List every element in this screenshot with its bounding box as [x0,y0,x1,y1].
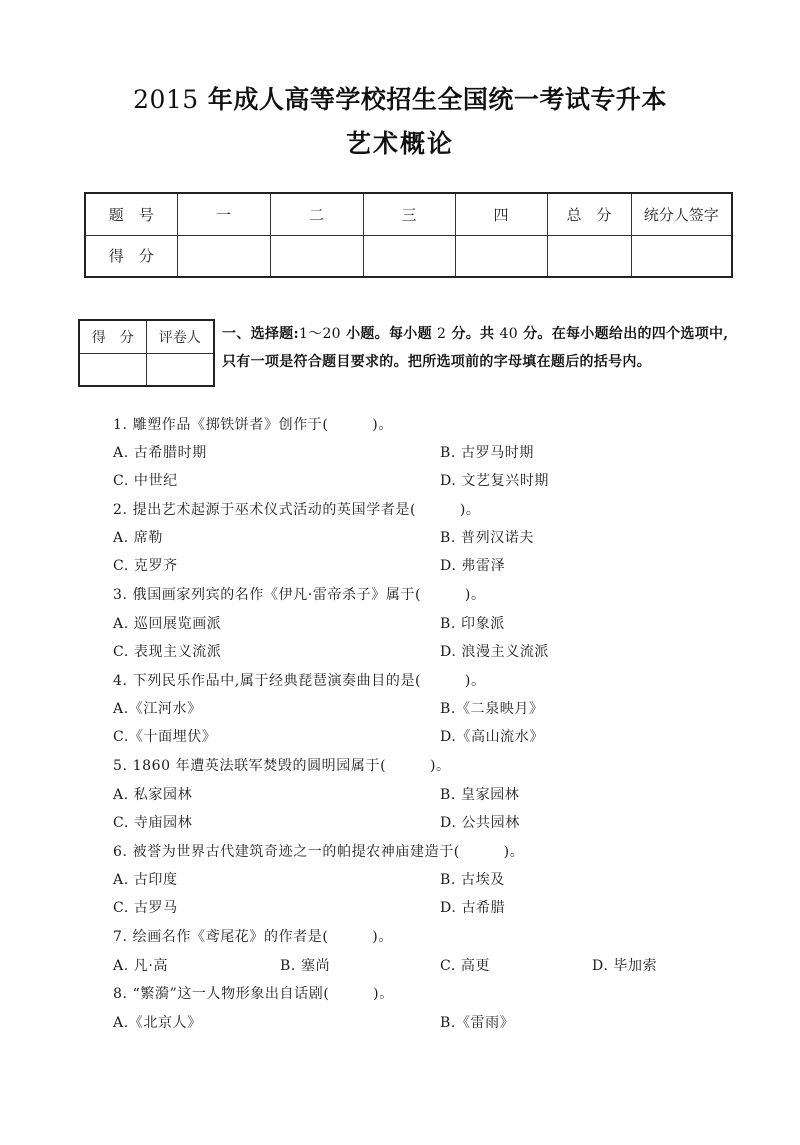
option-b: B. 古埃及 [440,869,505,889]
option-c: C. 中世纪 [113,470,178,490]
score-header-part3: 三 [363,193,455,235]
score-cell-part4[interactable] [455,235,547,277]
score-cell-part3[interactable] [363,235,455,277]
option-a: A. 席勒 [113,527,163,547]
question-stem: 6. 被誉为世界古代建筑奇迹之一的帕提农神庙建造于( )。 [113,841,524,861]
score-header-part4: 四 [455,193,547,235]
option-d: D. 毕加索 [592,955,657,975]
option-c: C. 寺庙园林 [113,812,192,832]
question-stem: 1. 雕塑作品《掷铁饼者》创作于( )。 [113,414,393,434]
option-a: A. 私家园林 [113,784,192,804]
score-cell-signature[interactable] [631,235,732,277]
question-stem: 4. 下列民乐作品中,属于经典琵琶演奏曲目的是( )。 [113,670,486,690]
option-d: D. 浪漫主义流派 [440,641,549,661]
option-b: B. 普列汉诺夫 [440,527,534,547]
option-b: B.《二泉映月》 [440,698,544,718]
grader-name-label: 评卷人 [146,320,214,353]
grader-score-cell[interactable] [79,353,146,386]
grader-name-cell[interactable] [146,353,214,386]
score-row-label: 得 分 [85,235,177,277]
section-instructions: 一、选择题:1～20 小题。每小题 2 分。共 40 分。在每小题给出的四个选项… [222,320,734,376]
score-cell-part1[interactable] [177,235,270,277]
option-d: D. 公共园林 [440,812,520,832]
score-header-part2: 二 [270,193,363,235]
score-cell-total[interactable] [547,235,631,277]
grader-box: 得 分 评卷人 [78,319,215,387]
option-d: D.《高山流水》 [440,726,544,746]
score-header-signature: 统分人签字 [631,193,732,235]
grader-score-label: 得 分 [79,320,146,353]
score-table-score-row: 得 分 [85,235,732,277]
option-d: D. 文艺复兴时期 [440,470,549,490]
score-header-label: 题 号 [85,193,177,235]
exam-subject: 艺术概论 [0,124,800,160]
option-b: B.《雷雨》 [440,1012,514,1032]
question-stem: 2. 提出艺术起源于巫术仪式活动的英国学者是( )。 [113,499,481,519]
option-b: B. 古罗马时期 [440,442,534,462]
option-d: D. 弗雷泽 [440,555,505,575]
question-stem: 3. 俄国画家列宾的名作《伊凡·雷帝杀子》属于( )。 [113,584,486,604]
option-b: B. 印象派 [440,613,505,633]
option-a: A.《北京人》 [113,1012,202,1032]
option-a: A. 古希腊时期 [113,442,207,462]
option-c: C. 古罗马 [113,897,178,917]
option-c: C. 表现主义流派 [113,641,222,661]
question-stem: 5. 1860 年遭英法联军焚毁的圆明园属于( )。 [113,755,451,775]
score-header-part1: 一 [177,193,270,235]
option-d: D. 古希腊 [440,897,505,917]
score-header-total: 总 分 [547,193,631,235]
exam-year: 2015 [133,85,199,114]
option-a: A.《江河水》 [113,698,202,718]
score-table-header-row: 题 号 一 二 三 四 总 分 统分人签字 [85,193,732,235]
option-c: C. 高更 [440,955,490,975]
score-table: 题 号 一 二 三 四 总 分 统分人签字 得 分 [84,192,733,278]
option-b: B. 皇家园林 [440,784,519,804]
option-c: C.《十面埋伏》 [113,726,216,746]
option-a: A. 古印度 [113,869,178,889]
option-a: A. 巡回展览画派 [113,613,221,633]
option-a: A. 凡·高 [113,955,168,975]
option-c: C. 克罗齐 [113,555,178,575]
question-stem: 7. 绘画名作《鸢尾花》的作者是( )。 [113,926,393,946]
score-cell-part2[interactable] [270,235,363,277]
question-stem: 8. “繁漪”这一人物形象出自话剧( )。 [113,983,394,1003]
option-b: B. 塞尚 [280,955,330,975]
exam-title-text: 年成人高等学校招生全国统一考试专升本 [208,85,667,114]
exam-title: 2015 年成人高等学校招生全国统一考试专升本 [0,80,800,116]
